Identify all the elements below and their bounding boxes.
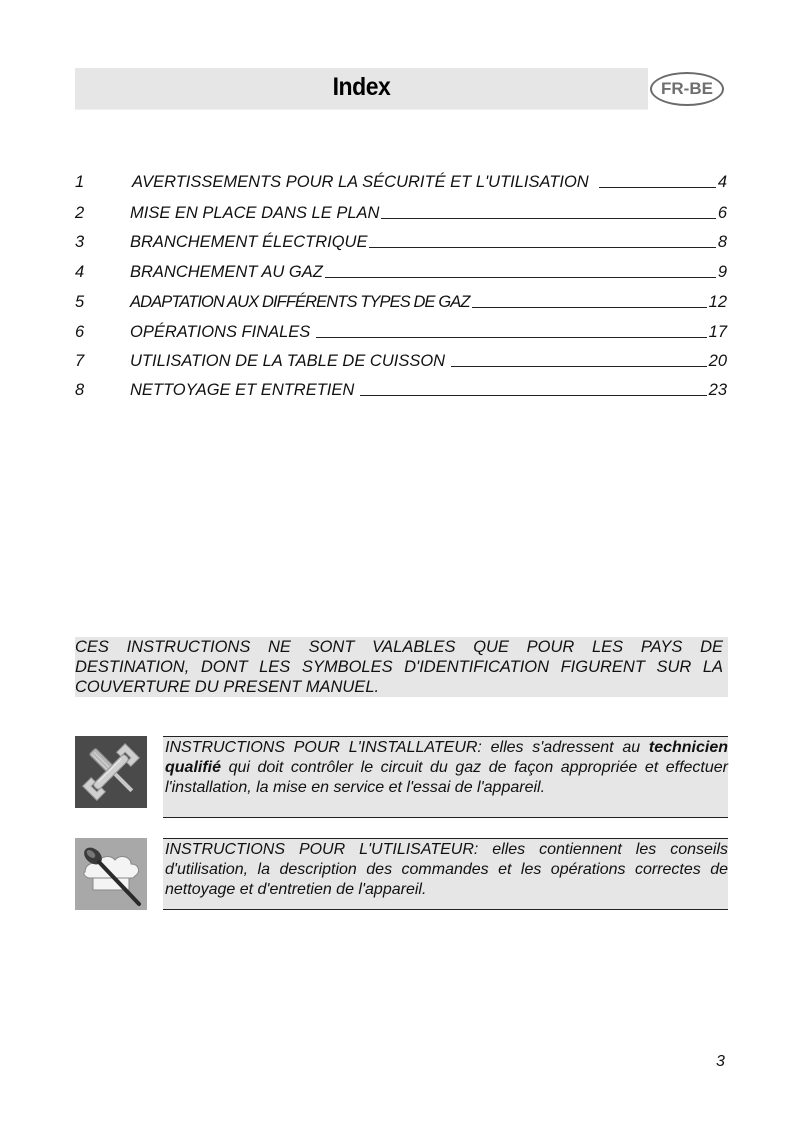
wrench-screwdriver-icon: [75, 736, 147, 808]
toc-leader: [472, 306, 707, 308]
toc-row[interactable]: 2 MISE EN PLACE DANS LE PLAN 6: [75, 201, 727, 223]
toc-title: AVERTISSEMENTS POUR LA SÉCURITÉ ET L'UTI…: [132, 173, 589, 192]
toc-number: 3: [75, 233, 130, 252]
toc-leader: [381, 217, 715, 219]
language-badge: FR-BE: [650, 72, 724, 106]
toc-row[interactable]: 3 BRANCHEMENT ÉLECTRIQUE 8: [75, 230, 727, 252]
page-number: 3: [716, 1053, 725, 1071]
toc-page: 20: [709, 352, 727, 371]
toc-leader: [325, 276, 716, 278]
toc-number: 4: [75, 263, 130, 282]
toc-leader: [599, 186, 716, 188]
country-notice: CES INSTRUCTIONS NE SONT VALABLES QUE PO…: [75, 637, 728, 697]
toc-page: 12: [709, 293, 727, 312]
toc-page: 6: [718, 204, 727, 223]
toc-number: 6: [75, 323, 130, 342]
user-text: INSTRUCTIONS POUR L'UTILISATEUR: elles c…: [163, 838, 728, 910]
toc-row[interactable]: 8 NETTOYAGE ET ENTRETIEN 23: [75, 378, 727, 400]
installer-text-intro: INSTRUCTIONS POUR L'INSTALLATEUR: elles …: [165, 739, 649, 756]
toc-title: ADAPTATION AUX DIFFÉRENTS TYPES DE GAZ: [130, 293, 470, 312]
toc-leader: [451, 365, 707, 367]
toc-leader: [316, 336, 706, 338]
toc-title: MISE EN PLACE DANS LE PLAN: [130, 204, 379, 223]
toc-leader: [360, 394, 706, 396]
toc-title: BRANCHEMENT AU GAZ: [130, 263, 323, 282]
toc-leader: [369, 246, 715, 248]
installer-text: INSTRUCTIONS POUR L'INSTALLATEUR: elles …: [163, 736, 728, 818]
toc-row[interactable]: 1 AVERTISSEMENTS POUR LA SÉCURITÉ ET L'U…: [75, 170, 727, 192]
toc-page: 9: [718, 263, 727, 282]
notice-line: CES INSTRUCTIONS NE SONT VALABLES QUE PO…: [75, 637, 723, 657]
toc-page: 23: [709, 381, 727, 400]
toc-title: OPÉRATIONS FINALES: [130, 323, 310, 342]
toc-page: 17: [709, 323, 727, 342]
notice-line: COUVERTURE DU PRESENT MANUEL.: [75, 677, 723, 697]
toc-row[interactable]: 6 OPÉRATIONS FINALES 17: [75, 320, 727, 342]
toc-title: UTILISATION DE LA TABLE DE CUISSON: [130, 352, 445, 371]
toc-row[interactable]: 7 UTILISATION DE LA TABLE DE CUISSON 20: [75, 349, 727, 371]
spoon-chef-hat-icon: [75, 838, 147, 910]
toc-number: 8: [75, 381, 130, 400]
page-title: Index: [98, 73, 625, 102]
toc-row[interactable]: 4 BRANCHEMENT AU GAZ 9: [75, 260, 727, 282]
notice-line: DESTINATION, DONT LES SYMBOLES D'IDENTIF…: [75, 657, 723, 677]
toc-number: 5: [75, 293, 130, 312]
header-bar: Index: [75, 68, 648, 110]
toc-number: 1: [75, 173, 132, 192]
toc-number: 2: [75, 204, 130, 223]
toc-page: 8: [718, 233, 727, 252]
toc-number: 7: [75, 352, 130, 371]
installer-text-body: qui doit contrôler le circuit du gaz de …: [165, 759, 728, 796]
toc-row[interactable]: 5 ADAPTATION AUX DIFFÉRENTS TYPES DE GAZ…: [75, 290, 727, 312]
toc-title: BRANCHEMENT ÉLECTRIQUE: [130, 233, 367, 252]
toc-page: 4: [718, 173, 727, 192]
toc-title: NETTOYAGE ET ENTRETIEN: [130, 381, 354, 400]
